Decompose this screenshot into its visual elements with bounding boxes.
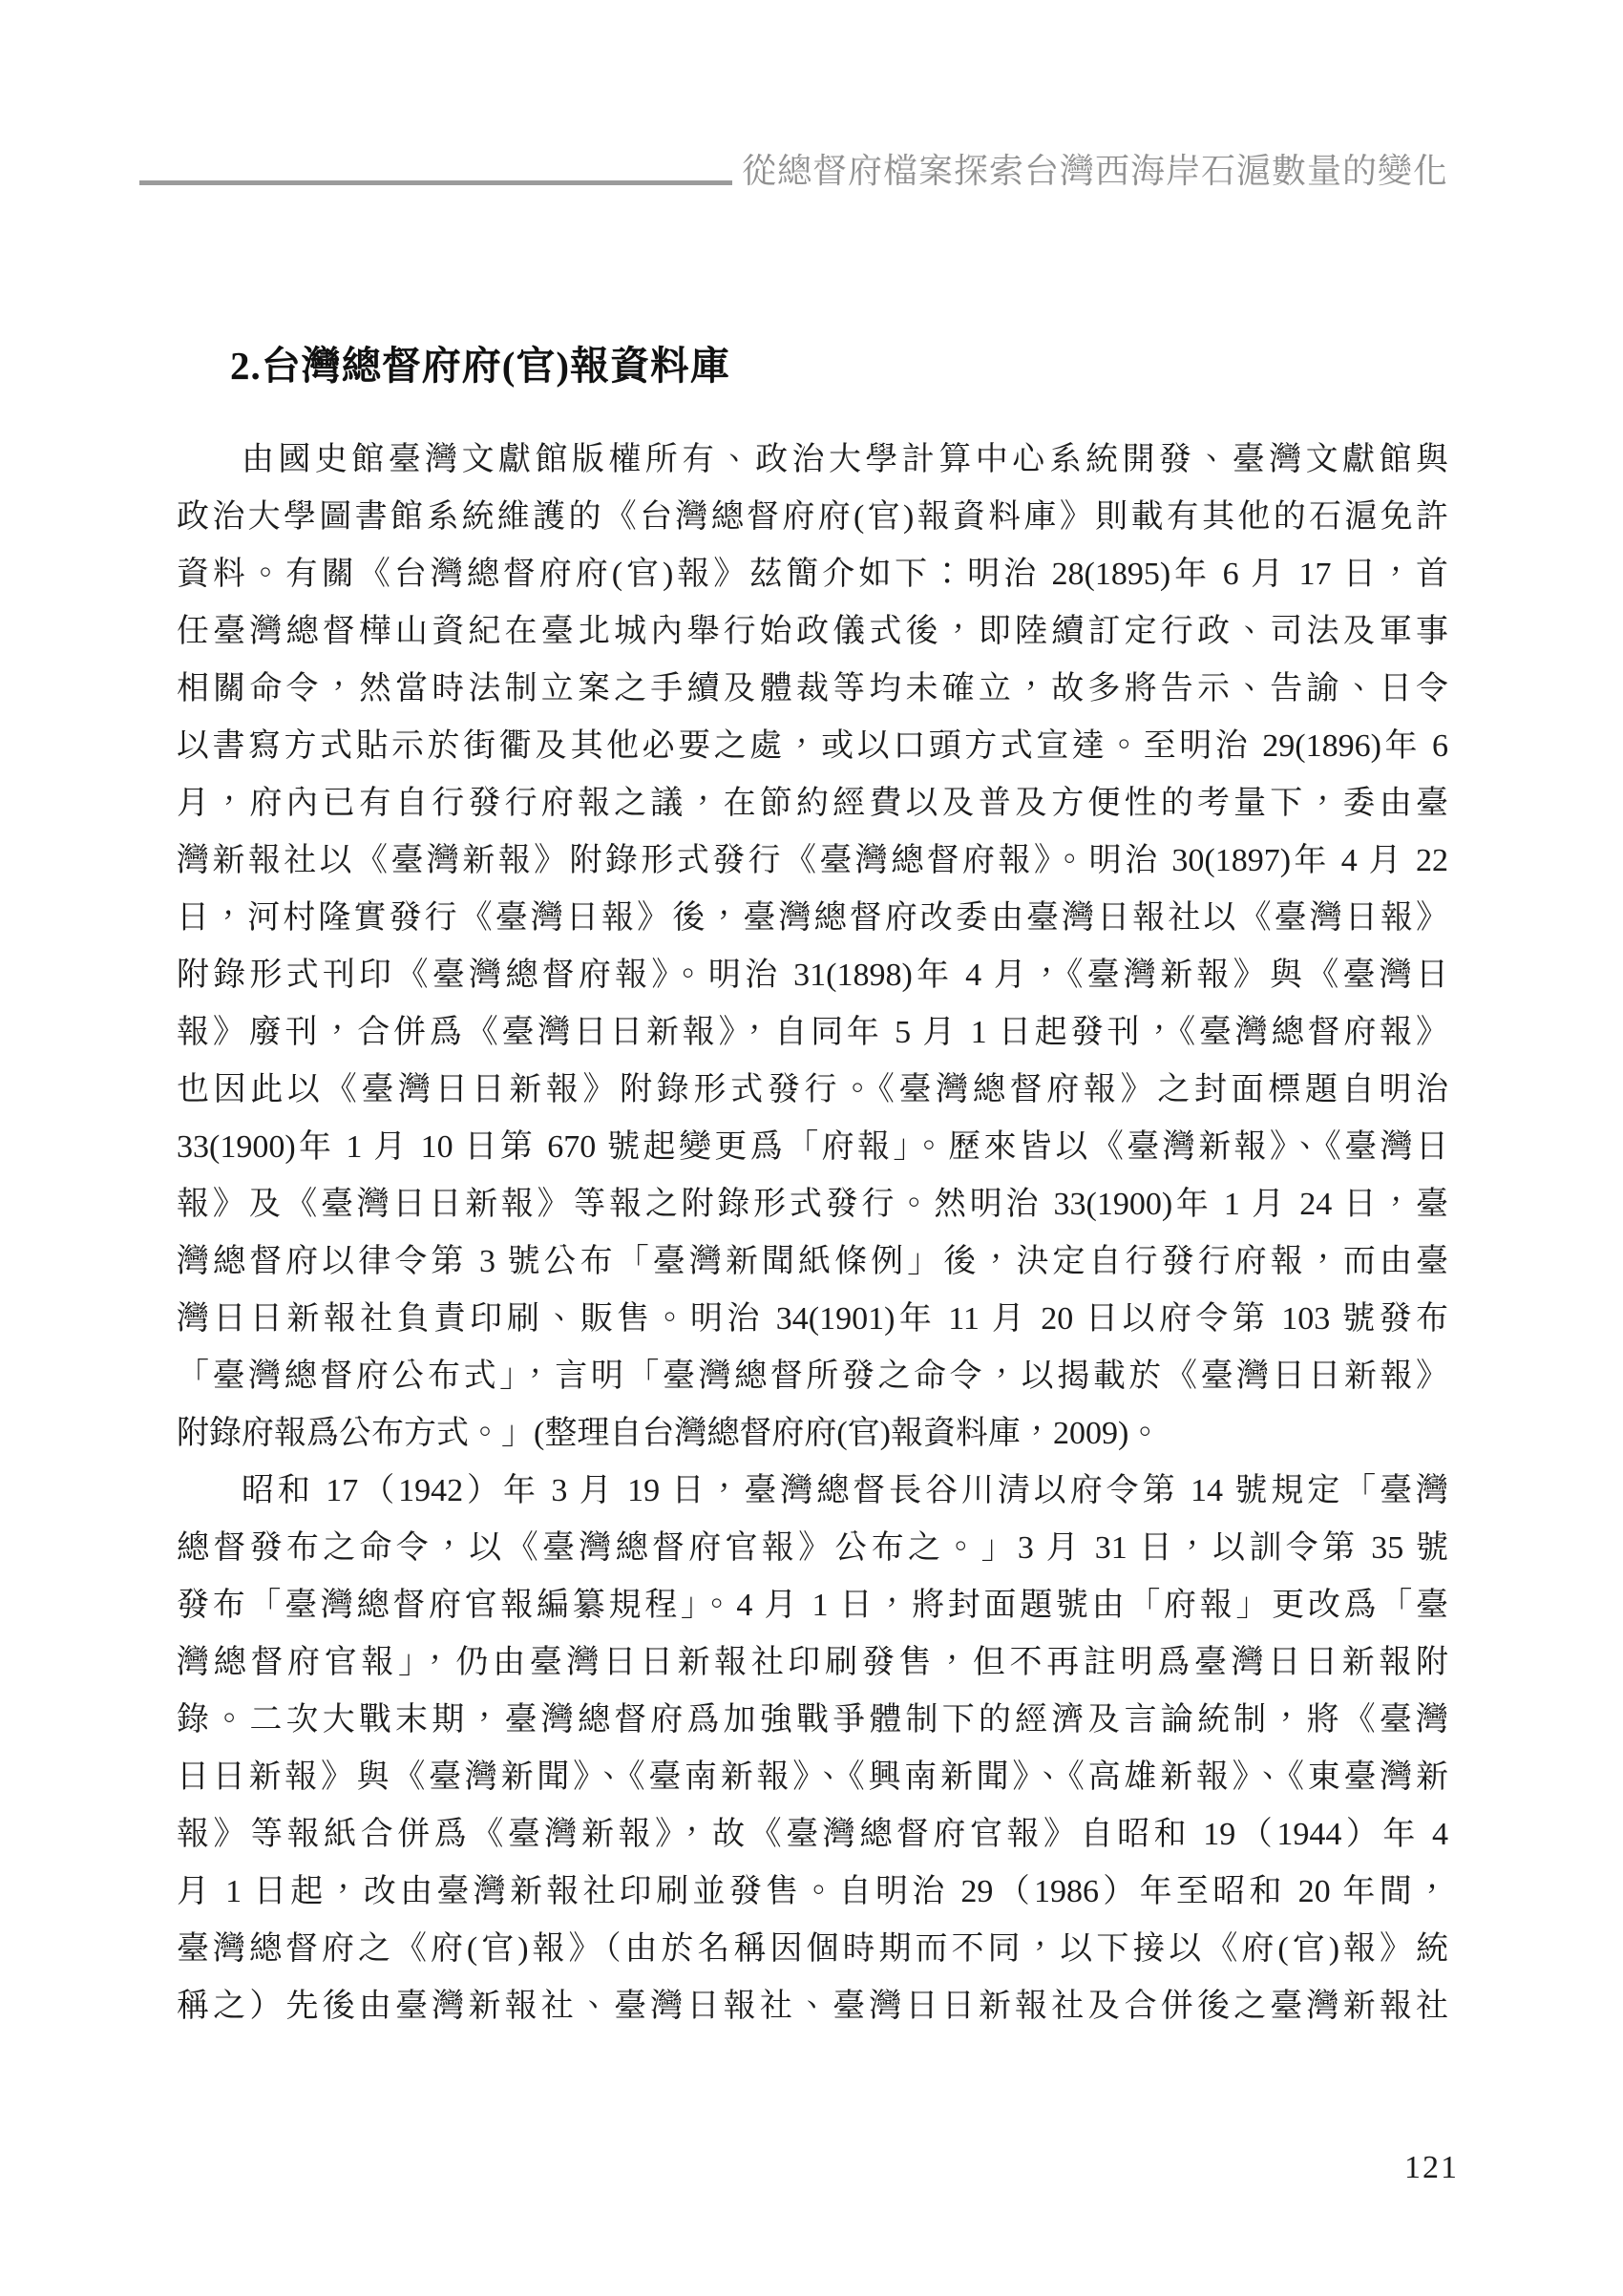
text-line: 稱之）先後由臺灣新報社、臺灣日報社、臺灣日日新報社及合併後之臺灣新報社 — [177, 1978, 1448, 2035]
running-header-title: 從總督府檔案探索台灣西海岸石滬數量的變化 — [742, 153, 1448, 191]
page-number: 121 — [1404, 2150, 1459, 2186]
text-line: 報》及《臺灣日日新報》等報之附錄形式發行。然明治 33(1900)年 1 月 2… — [177, 1176, 1448, 1233]
text-line: 總督發布之命令，以《臺灣總督府官報》公布之。」3 月 31 日，以訓令第 35 … — [177, 1520, 1448, 1577]
text-line: 政治大學圖書館系統維護的《台灣總督府府(官)報資料庫》則載有其他的石滬免許 — [177, 489, 1448, 546]
text-line: 資料。有關《台灣總督府府(官)報》茲簡介如下：明治 28(1895)年 6 月 … — [177, 546, 1448, 603]
text-line: 錄。二次大戰末期，臺灣總督府爲加強戰爭體制下的經濟及言論統制，將《臺灣 — [177, 1692, 1448, 1749]
text-line: 月 1 日起，改由臺灣新報社印刷並發售。自明治 29（1986）年至昭和 20 … — [177, 1864, 1448, 1921]
text-line: 月，府內已有自行發行府報之議，在節約經費以及普及方便性的考量下，委由臺 — [177, 775, 1448, 832]
body-text: 由國史館臺灣文獻館版權所有、政治大學計算中心系統開發、臺灣文獻館與政治大學圖書館… — [177, 432, 1448, 2035]
text-line: 灣總督府以律令第 3 號公布「臺灣新聞紙條例」後，決定自行發行府報，而由臺 — [177, 1233, 1448, 1291]
paragraph: 由國史館臺灣文獻館版權所有、政治大學計算中心系統開發、臺灣文獻館與政治大學圖書館… — [177, 432, 1448, 1463]
text-line: 報》等報紙合併爲《臺灣新報》，故《臺灣總督府官報》自昭和 19（1944）年 4 — [177, 1806, 1448, 1864]
section-heading: 2.台灣總督府府(官)報資料庫 — [230, 334, 730, 390]
paragraph: 昭和 17（1942）年 3 月 19 日，臺灣總督長谷川清以府令第 14 號規… — [177, 1463, 1448, 2035]
text-line: 以書寫方式貼示於街衢及其他必要之處，或以口頭方式宣達。至明治 29(1896)年… — [177, 718, 1448, 775]
text-line: 發布「臺灣總督府官報編纂規程」。4 月 1 日，將封面題號由「府報」更改爲「臺 — [177, 1577, 1448, 1634]
text-line: 日日新報》與《臺灣新聞》、《臺南新報》、《興南新聞》、《高雄新報》、《東臺灣新 — [177, 1749, 1448, 1806]
text-line: 相關命令，然當時法制立案之手續及體裁等均未確立，故多將告示、告諭、日令 — [177, 661, 1448, 718]
text-line: 任臺灣總督樺山資紀在臺北城內舉行始政儀式後，即陸續訂定行政、司法及軍事 — [177, 603, 1448, 661]
text-line: 灣總督府官報」，仍由臺灣日日新報社印刷發售，但不再註明爲臺灣日日新報附 — [177, 1634, 1448, 1692]
text-line: 「臺灣總督府公布式」，言明「臺灣總督所發之命令，以揭載於《臺灣日日新報》 — [177, 1348, 1448, 1405]
document-page: { "header": { "title": "從總督府檔案探索台灣西海岸石滬數… — [0, 0, 1623, 2296]
text-line: 昭和 17（1942）年 3 月 19 日，臺灣總督長谷川清以府令第 14 號規… — [177, 1463, 1448, 1520]
text-line: 日，河村隆實發行《臺灣日報》後，臺灣總督府改委由臺灣日報社以《臺灣日報》 — [177, 890, 1448, 947]
text-line: 附錄形式刊印《臺灣總督府報》。明治 31(1898)年 4 月，《臺灣新報》與《… — [177, 947, 1448, 1004]
text-line: 33(1900)年 1 月 10 日第 670 號起變更爲「府報」。歷來皆以《臺… — [177, 1119, 1448, 1176]
text-line: 灣日日新報社負責印刷、販售。明治 34(1901)年 11 月 20 日以府令第… — [177, 1291, 1448, 1348]
text-line: 灣新報社以《臺灣新報》附錄形式發行《臺灣總督府報》。明治 30(1897)年 4… — [177, 832, 1448, 890]
text-line: 附錄府報爲公布方式。」(整理自台灣總督府府(官)報資料庫，2009)。 — [177, 1405, 1448, 1463]
running-header: 從總督府檔案探索台灣西海岸石滬數量的變化 — [139, 153, 1448, 191]
text-line: 由國史館臺灣文獻館版權所有、政治大學計算中心系統開發、臺灣文獻館與 — [177, 432, 1448, 489]
text-line: 報》廢刊，合併爲《臺灣日日新報》，自同年 5 月 1 日起發刊，《臺灣總督府報》 — [177, 1004, 1448, 1062]
header-rule — [139, 180, 732, 185]
text-line: 臺灣總督府之《府(官)報》（由於名稱因個時期而不同，以下接以《府(官)報》統 — [177, 1921, 1448, 1978]
text-line: 也因此以《臺灣日日新報》附錄形式發行。《臺灣總督府報》之封面標題自明治 — [177, 1062, 1448, 1119]
